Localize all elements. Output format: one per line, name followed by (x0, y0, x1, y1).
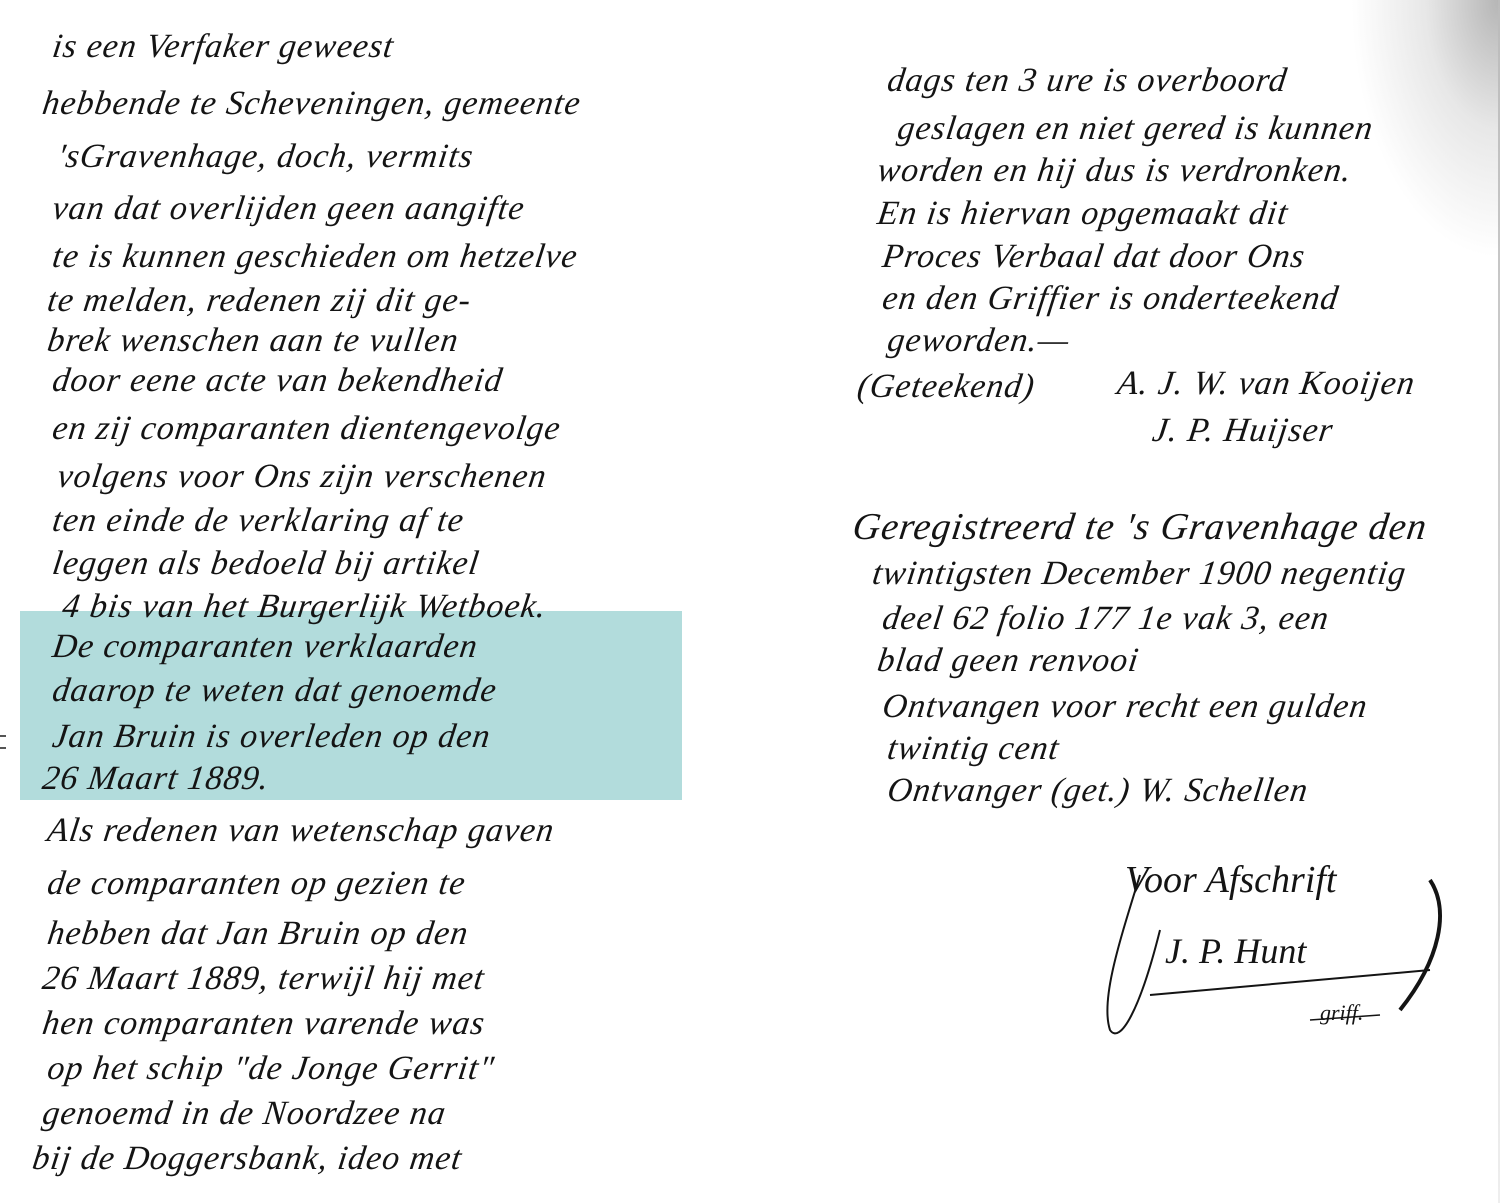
handwritten-line: bij de Doggersbank, ideo met (30, 1140, 465, 1178)
signed-label: (Geteekend) (855, 368, 1037, 406)
handwritten-line: door eene acte van bekendheid (50, 362, 505, 400)
handwritten-line: leggen als bedoeld bij artikel (50, 545, 482, 583)
registration-line: Geregistreerd te 's Gravenhage den (850, 505, 1430, 549)
handwritten-line: genoemd in de Noordzee na (40, 1095, 449, 1133)
handwritten-line: hen comparanten varende was (40, 1005, 487, 1043)
handwritten-line: 4 bis van het Burgerlijk Wetboek. (60, 588, 549, 626)
handwritten-line: te melden, redenen zij dit ge- (45, 282, 474, 320)
handwritten-line: volgens voor Ons zijn verschenen (55, 458, 549, 496)
handwritten-line: ten einde de verklaring af te (50, 502, 467, 540)
handwritten-line: de comparanten op gezien te (45, 865, 468, 903)
registration-line: twintig cent (885, 730, 1062, 768)
handwritten-line: 26 Maart 1889, terwijl hij met (40, 960, 487, 998)
handwritten-line: op het schip "de Jonge Gerrit" (45, 1050, 497, 1088)
registration-line: twintigsten December 1900 negentig (870, 555, 1409, 593)
handwritten-line: worden en hij dus is verdronken. (875, 152, 1354, 190)
handwritten-line: en den Griffier is onderteekend (880, 280, 1341, 318)
registration-line: Ontvangen voor recht een gulden (880, 688, 1370, 726)
handwritten-line: en zij comparanten dientengevolge (50, 410, 563, 448)
signature-flourish (1100, 850, 1460, 1050)
margin-mark (0, 735, 6, 749)
handwritten-line: Proces Verbaal dat door Ons (880, 238, 1308, 276)
left-page: is een Verfaker geweest hebbende te Sche… (0, 0, 700, 1203)
registration-line: deel 62 folio 177 1e vak 3, een (880, 600, 1332, 638)
signatory-name: J. P. Huijser (1150, 412, 1336, 450)
handwritten-line: hebbende te Scheveningen, gemeente (40, 85, 583, 123)
signatory-name: A. J. W. van Kooijen (1115, 365, 1418, 403)
registration-line: blad geen renvooi (875, 642, 1142, 680)
highlighted-line: 26 Maart 1889. (40, 760, 272, 798)
highlighted-line: daarop te weten dat genoemde (50, 672, 499, 710)
handwritten-line: is een Verfaker geweest (50, 28, 397, 66)
registration-line: Ontvanger (get.) W. Schellen (885, 772, 1311, 810)
handwritten-line: En is hiervan opgemaakt dit (875, 195, 1291, 233)
highlighted-line: Jan Bruin is overleden op den (50, 718, 493, 756)
handwritten-line: te is kunnen geschieden om hetzelve (50, 238, 580, 276)
highlighted-line: De comparanten verklaarden (50, 628, 480, 666)
handwritten-line: dags ten 3 ure is overboord (885, 62, 1290, 100)
handwritten-line: 'sGravenhage, doch, vermits (55, 138, 476, 176)
handwritten-line: van dat overlijden geen aangifte (50, 190, 527, 228)
handwritten-line: Als redenen van wetenschap gaven (45, 812, 557, 850)
handwritten-line: brek wenschen aan te vullen (45, 322, 461, 360)
handwritten-line: geslagen en niet gered is kunnen (895, 110, 1376, 148)
handwritten-line: geworden.— (885, 322, 1072, 360)
handwritten-line: hebben dat Jan Bruin op den (45, 915, 471, 953)
